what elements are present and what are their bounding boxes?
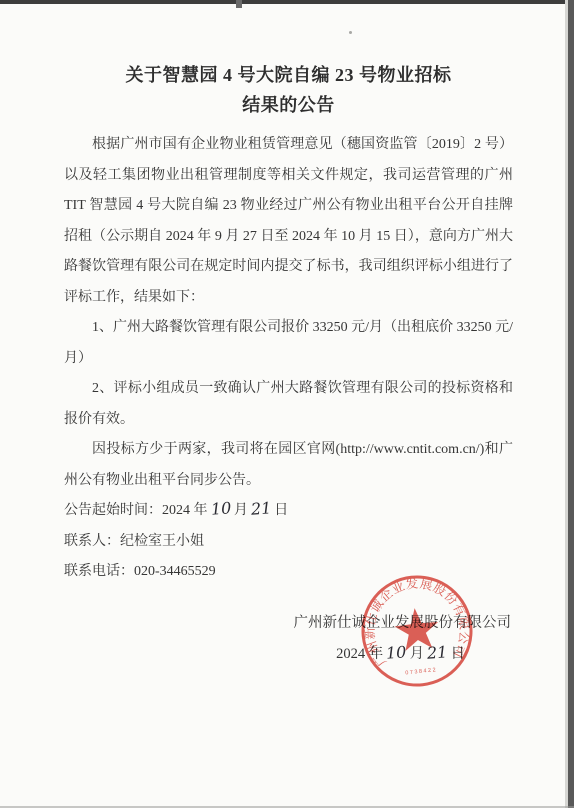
seal-star-icon: [393, 606, 441, 652]
announce-time-line: 公告起始时间：2024 年10月21日: [64, 496, 513, 527]
company-seal-stamp: 广州新仕诚企业发展股份有限公司 0738422: [351, 565, 483, 697]
announce-time-day-unit: 日: [274, 503, 288, 518]
contact-person-line: 联系人：纪检室王小姐: [64, 527, 513, 558]
doc-title-line1: 关于智慧园 4 号大院自编 23 号物业招标: [64, 60, 513, 90]
paragraph-result-1: 1、广州大路餐饮管理有限公司报价 33250 元/月（出租底价 33250 元/…: [64, 313, 513, 374]
scan-artifact-dot: [349, 31, 352, 34]
document-body: 根据广州市国有企业物业租赁管理意见（穗国资监管〔2019〕2 号）以及轻工集团物…: [64, 130, 513, 588]
paragraph-result-2: 2、评标小组成员一致确认广州大路餐饮管理有限公司的投标资格和报价有效。: [64, 374, 513, 435]
paragraph-basis: 根据广州市国有企业物业租赁管理意见（穗国资监管〔2019〕2 号）以及轻工集团物…: [64, 130, 513, 313]
announce-time-month-unit: 月: [234, 503, 248, 518]
scan-top-edge: [0, 0, 574, 4]
handwritten-month: 10: [210, 500, 231, 517]
document-content: 关于智慧园 4 号大院自编 23 号物业招标 结果的公告 根据广州市国有企业物业…: [64, 60, 513, 588]
scanned-document-page: 关于智慧园 4 号大院自编 23 号物业招标 结果的公告 根据广州市国有企业物业…: [0, 0, 574, 808]
paragraph-notice: 因投标方少于两家，我司将在园区官网(http://www.cntit.com.c…: [64, 435, 513, 496]
announce-time-prefix: 公告起始时间：2024 年: [64, 503, 208, 518]
handwritten-day: 21: [250, 500, 271, 517]
scan-top-notch: [236, 0, 242, 8]
seal-serial-number: 0738422: [405, 667, 437, 676]
doc-title-line2: 结果的公告: [64, 90, 513, 120]
scan-right-edge-dark: [568, 0, 574, 808]
